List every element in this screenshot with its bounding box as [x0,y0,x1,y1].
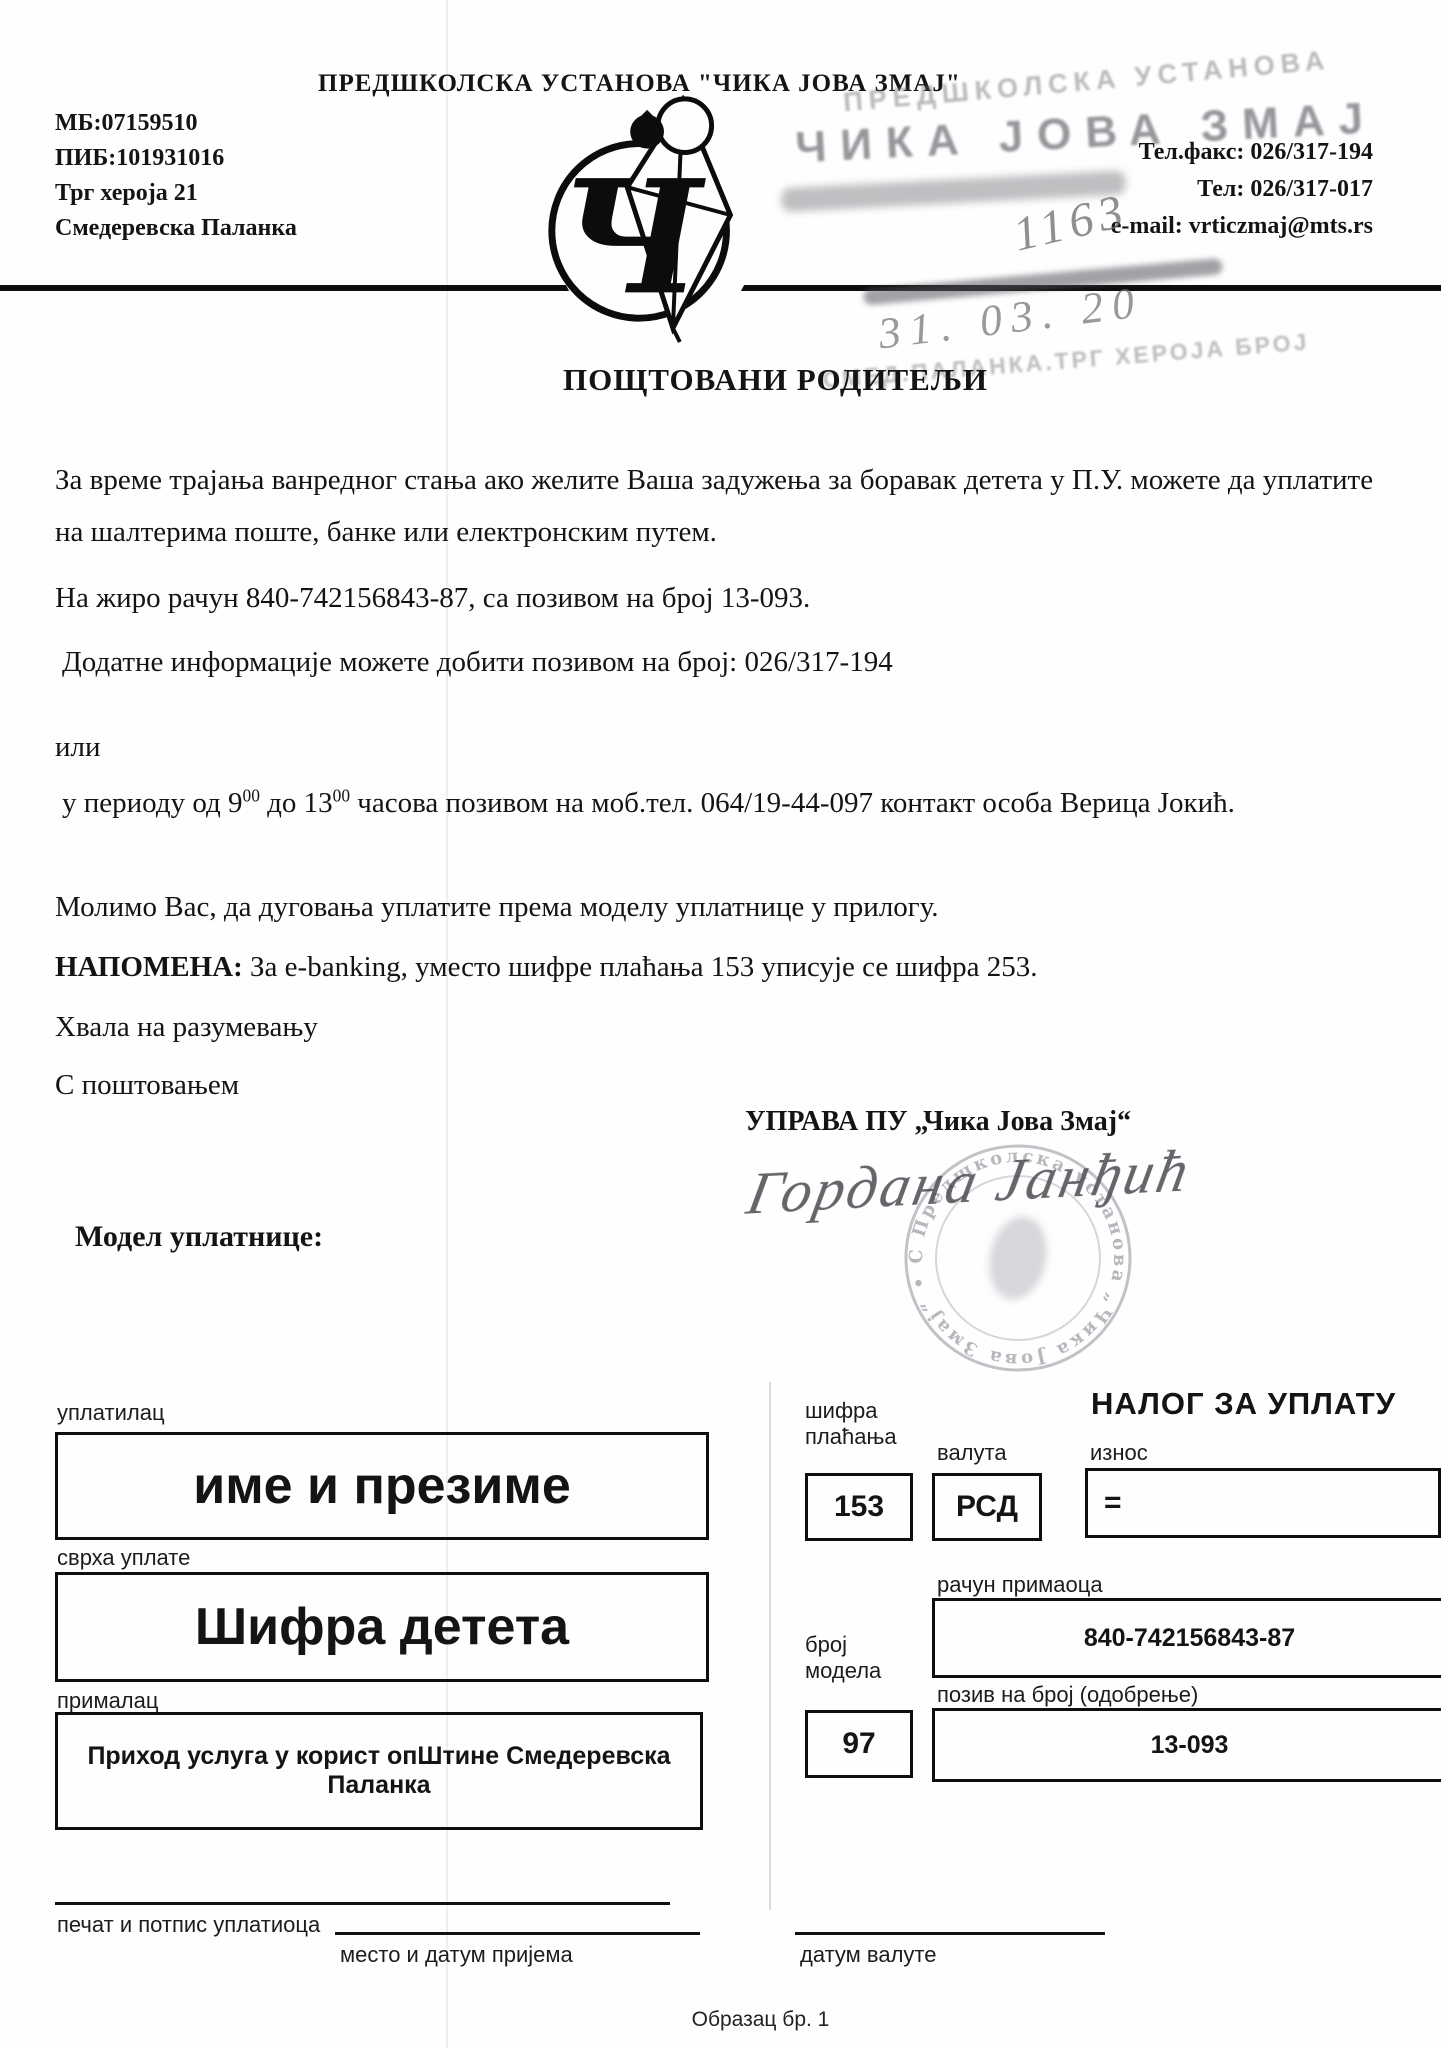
hours-superscript: 00 [333,785,350,805]
received-stamp-smudge [863,258,1223,305]
hours-superscript: 00 [243,785,260,805]
note-label: НАПОМЕНА: [55,951,243,983]
payment-code-field: 153 [805,1473,913,1541]
contact-hours-text: до 13 [260,787,333,819]
paragraph-regards: С поштовањем [55,1059,1400,1111]
purpose-field: Шифра детета [55,1572,709,1682]
payment-model-label: Модел уплатнице: [75,1220,323,1254]
paragraph-payment-request: Молимо Вас, да дуговања уплатите према м… [55,881,1400,933]
org-contact-block: Тел.факс: 026/317-194 Тел: 026/317-017 e… [1111,134,1373,245]
org-id-line: ПИБ:101931016 [55,141,297,176]
amount-field: = [1085,1468,1441,1538]
amount-label: износ [1090,1440,1148,1466]
place-date-label: место и датум пријема [340,1942,573,1968]
org-fax-line: Тел.факс: 026/317-194 [1111,134,1373,171]
currency-label: валута [937,1440,1007,1466]
org-address-line: Трг хероја 21 [55,176,297,211]
org-city-line: Смедеревска Паланка [55,211,297,246]
org-id-block: МБ:07159510 ПИБ:101931016 Трг хероја 21 … [55,106,297,246]
payment-order-title: НАЛОГ ЗА УПЛАТУ [1091,1386,1396,1422]
value-date-label: датум валуте [800,1942,936,1968]
reference-number-label: позив на број (одобрење) [937,1682,1198,1708]
paragraph-giro-account: На жиро рачун 840-742156843-87, са позив… [55,572,1400,624]
paragraph-contact-hours: у периоду од 900 до 1300 часова позивом … [62,777,1362,829]
payer-label: уплатилац [57,1400,165,1426]
payer-field: име и презиме [55,1432,709,1540]
value-date-line [795,1932,1105,1935]
recipient-label: прималац [57,1688,158,1714]
scanned-letter-page: ПРЕДШКОЛСКА УСТАНОВА "ЧИКА ЈОВА ЗМАЈ" МБ… [0,0,1441,2048]
recipient-account-field: 840-742156843-87 [932,1598,1441,1678]
form-number: Образац бр. 1 [80,2008,1441,2032]
model-number-label: број модела [805,1632,925,1684]
currency-field: РСД [932,1473,1042,1541]
note-text: За e-banking, уместо шифре плаћања 153 у… [243,951,1038,983]
stamp-signature-label: печат и потпис уплатиоца [57,1912,320,1938]
svg-text:Ч: Ч [560,145,707,329]
contact-hours-text: часова позивом на моб.тел. 064/19-44-097… [350,787,1235,819]
place-date-line [335,1932,700,1935]
paragraph-thanks: Хвала на разумевању [55,1001,1400,1053]
round-stamp: Предшколска установа „Чика Јова Змај“ • … [840,1080,1196,1436]
recipient-field: Приход услуга у корист опШтине Смедеревс… [55,1712,703,1830]
paragraph-or: или [55,721,1400,773]
paragraph-additional-info: Додатне информације можете добити позиво… [62,636,1407,688]
model-number-field: 97 [805,1710,913,1778]
org-phone-line: Тел: 026/317-017 [1111,171,1373,208]
received-stamp-smudge [781,170,1127,212]
paragraph-note: НАПОМЕНА: За e-banking, уместо шифре пла… [55,941,1400,993]
paragraph-emergency-payment: За време трајања ванредног стања ако жел… [55,454,1400,558]
org-logo-icon: Ч [533,86,783,344]
reference-number-field: 13-093 [932,1708,1441,1782]
contact-hours-text: у периоду од 9 [62,787,243,819]
letter-salutation: ПОЩТОВАНИ РОДИТЕЉИ [110,362,1441,398]
slip-fold-line [769,1382,771,1910]
stamp-signature-line [55,1902,670,1905]
org-email-line: e-mail: vrticzmaj@mts.rs [1111,208,1373,245]
recipient-account-label: рачун примаоца [937,1572,1103,1598]
payment-code-label: шифра плаћања [805,1398,935,1450]
purpose-label: сврха уплате [57,1545,190,1571]
org-id-line: МБ:07159510 [55,106,297,141]
